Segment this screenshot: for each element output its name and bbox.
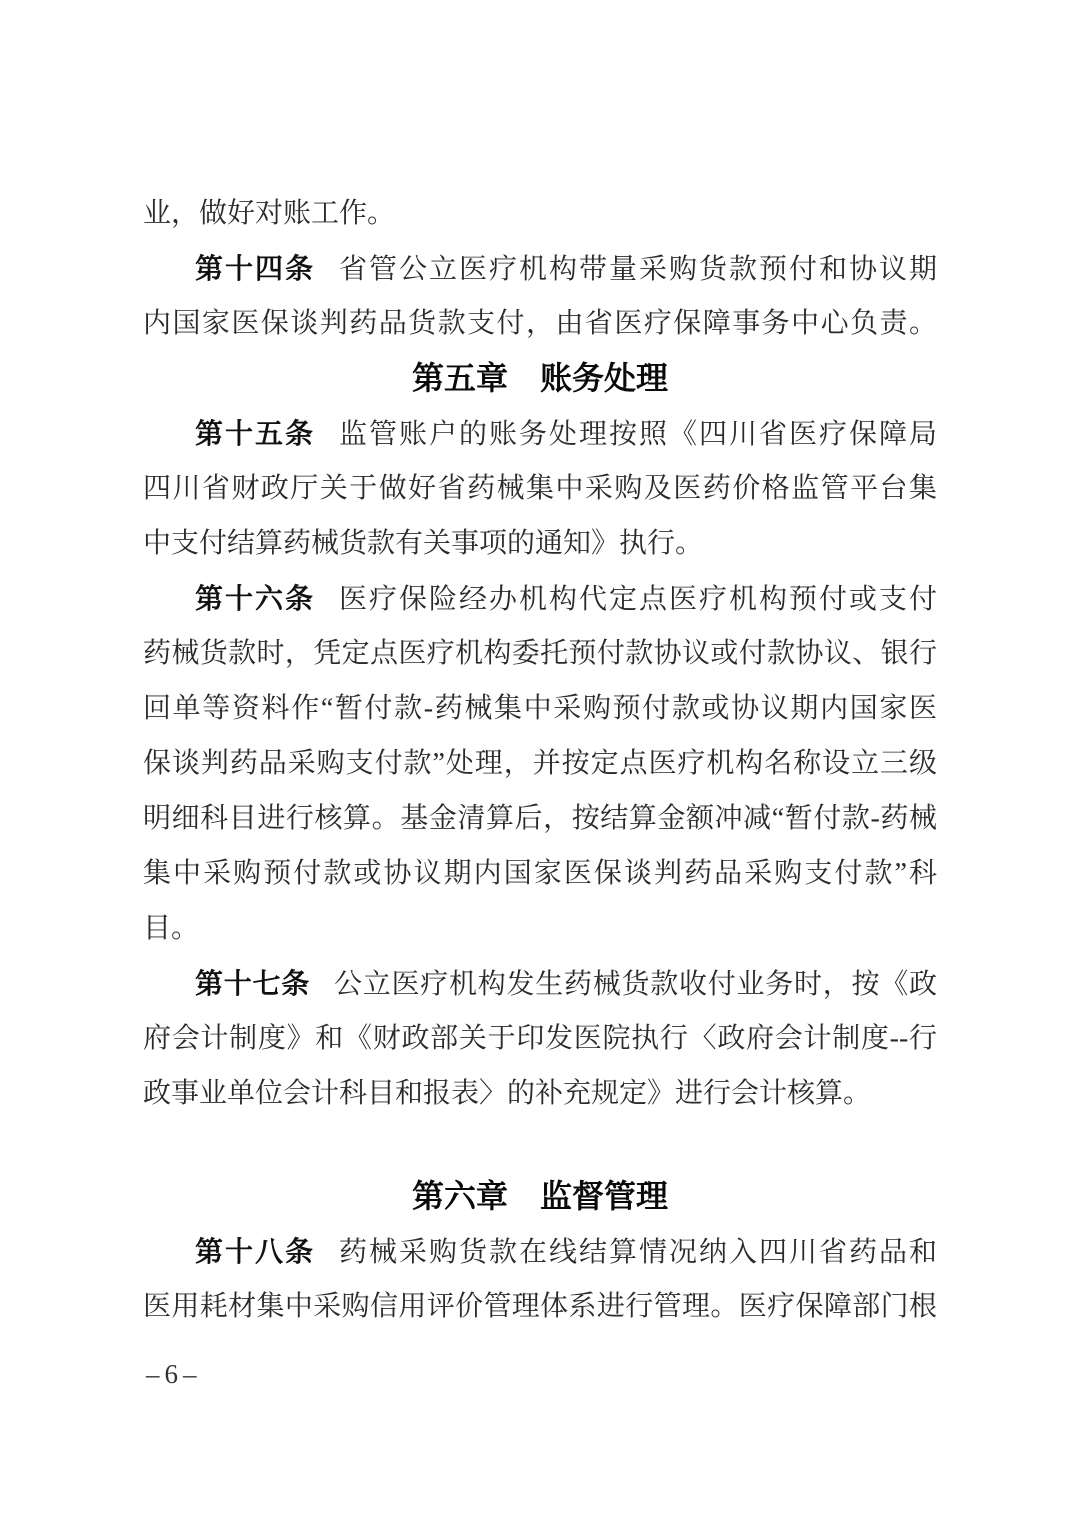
- body-line: 集中采购预付款或协议期内国家医保谈判药品采购支付款”科: [143, 846, 937, 901]
- article-14-text: 省管公立医疗机构带量采购货款预付和协议期: [339, 254, 937, 285]
- article-17-text: 公立医疗机构发生药械货款收付业务时，按《政: [334, 969, 937, 1000]
- body-line: 业，做好对账工作。: [143, 186, 937, 241]
- article-17-first-line: 第十七条公立医疗机构发生药械货款收付业务时，按《政: [143, 956, 937, 1011]
- body-line: 保谈判药品采购支付款”处理，并按定点医疗机构名称设立三级: [143, 736, 937, 791]
- article-17-label: 第十七条: [195, 968, 334, 999]
- section-gap: [143, 1121, 937, 1169]
- body-line: 医用耗材集中采购信用评价管理体系进行管理。医疗保障部门根: [143, 1279, 937, 1334]
- page-number: –6–: [146, 1356, 202, 1392]
- document-page: 业，做好对账工作。 第十四条省管公立医疗机构带量采购货款预付和协议期 内国家医保…: [0, 0, 1080, 1527]
- body-line: 目。: [143, 901, 937, 956]
- chapter-5-heading: 第五章 账务处理: [143, 351, 937, 406]
- article-18-text: 药械采购货款在线结算情况纳入四川省药品和: [339, 1237, 937, 1268]
- body-line: 政事业单位会计科目和报表〉的补充规定》进行会计核算。: [143, 1066, 937, 1121]
- article-15-first-line: 第十五条监管账户的账务处理按照《四川省医疗保障局: [143, 406, 937, 461]
- body-line: 中支付结算药械货款有关事项的通知》执行。: [143, 516, 937, 571]
- article-16-first-line: 第十六条医疗保险经办机构代定点医疗机构预付或支付: [143, 571, 937, 626]
- article-14-label: 第十四条: [195, 253, 339, 284]
- article-18-first-line: 第十八条药械采购货款在线结算情况纳入四川省药品和: [143, 1224, 937, 1279]
- article-16-text: 医疗保险经办机构代定点医疗机构预付或支付: [339, 584, 937, 615]
- article-18-label: 第十八条: [195, 1236, 339, 1267]
- document-content: 业，做好对账工作。 第十四条省管公立医疗机构带量采购货款预付和协议期 内国家医保…: [143, 0, 937, 1334]
- body-line: 四川省财政厅关于做好省药械集中采购及医药价格监管平台集: [143, 461, 937, 516]
- article-15-label: 第十五条: [195, 418, 339, 449]
- article-16-label: 第十六条: [195, 583, 339, 614]
- article-14-first-line: 第十四条省管公立医疗机构带量采购货款预付和协议期: [143, 241, 937, 296]
- body-line: 药械货款时，凭定点医疗机构委托预付款协议或付款协议、银行: [143, 626, 937, 681]
- body-line: 府会计制度》和《财政部关于印发医院执行〈政府会计制度--行: [143, 1011, 937, 1066]
- body-line: 内国家医保谈判药品货款支付，由省医疗保障事务中心负责。: [143, 296, 937, 351]
- body-line: 明细科目进行核算。基金清算后，按结算金额冲减“暂付款-药械: [143, 791, 937, 846]
- body-line: 回单等资料作“暂付款-药械集中采购预付款或协议期内国家医: [143, 681, 937, 736]
- article-15-text: 监管账户的账务处理按照《四川省医疗保障局: [339, 419, 937, 450]
- chapter-6-heading: 第六章 监督管理: [143, 1169, 937, 1224]
